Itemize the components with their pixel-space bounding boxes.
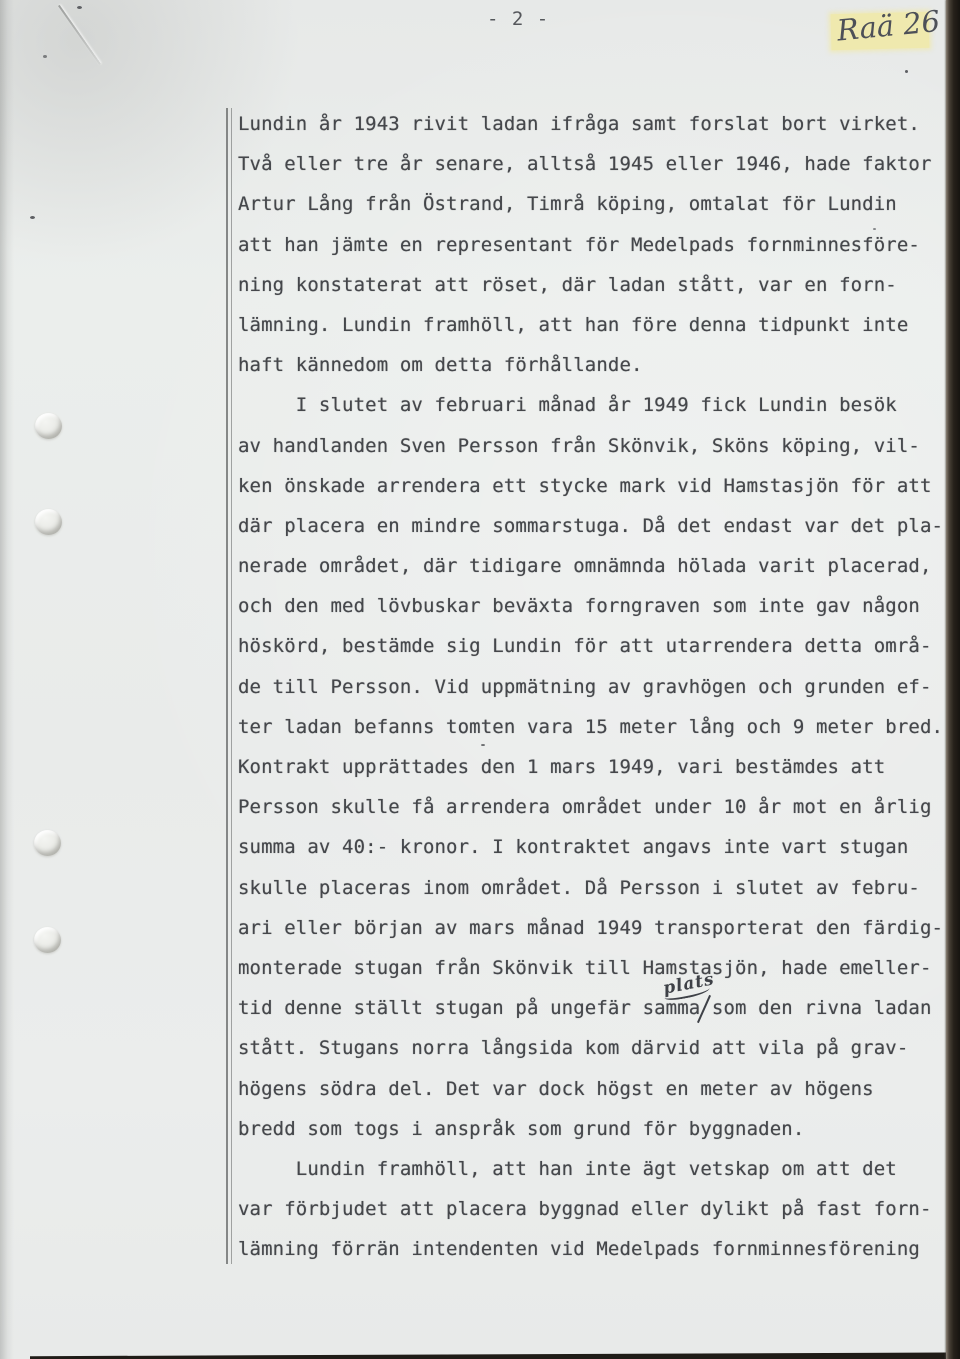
punch-hole [34,927,61,953]
text-line: ken önskade arrendera ett stycke mark vi… [238,466,950,506]
text-line: lämning. Lundin framhöll, att han före d… [238,305,950,345]
margin-rule [226,108,232,1264]
text-line: ter ladan befanns tomten vara 15 meter l… [238,707,950,747]
paper-speck [905,70,908,73]
typewritten-text: Lundin år 1943 rivit ladan ifråga samt f… [238,104,950,1269]
punch-hole [34,830,61,856]
text-line: Kontrakt upprättades den 1 mars 1949, va… [238,747,950,787]
text-line: Persson skulle få arrendera området unde… [238,787,950,827]
punch-hole [35,413,62,439]
text-line: nerade området, där tidigare omnämnda hö… [238,546,950,586]
text-line: där placera en mindre sommarstuga. Då de… [238,506,950,546]
text-line: och den med lövbuskar beväxta forngraven… [238,586,950,626]
text-line: Två eller tre år senare, alltså 1945 ell… [238,144,950,184]
scan-left-edge [0,0,14,1359]
highlight-mark: Raä 26 [831,12,930,51]
text-line: haft kännedom om detta förhållande. [238,345,950,385]
text-line: Artur Lång från Östrand, Timrå köping, o… [238,184,950,224]
text-line: av handlanden Sven Persson från Skönvik,… [238,426,950,466]
text-line: I slutet av februari månad år 1949 fick … [238,385,950,425]
text-line: monterade stugan från Skönvik till Hamst… [238,948,950,988]
punch-hole [35,509,62,535]
text-line: summa av 40:- kronor. I kontraktet angav… [238,827,950,867]
paper-speck [43,55,47,58]
text-line: högens södra del. Det var dock högst en … [238,1069,950,1109]
text-line: att han jämte en representant för Medelp… [238,225,950,265]
scanned-document-page: - 2 - Raä 26 Lundin år 1943 rivit ladan … [0,0,960,1359]
text-line: höskörd, bestämde sig Lundin för att uta… [238,626,950,666]
text-line: tid denne ställt stugan på ungefär samma… [238,988,950,1028]
paper-speck [30,216,35,219]
text-line: Lundin framhöll, att han inte ägt vetska… [238,1149,950,1189]
text-line: lämning förrän intendenten vid Medelpads… [238,1229,950,1269]
text-line: var förbjudet att placera byggnad eller … [238,1189,950,1229]
scan-right-edge [946,0,960,1359]
page-number: - 2 - [487,8,549,30]
handwritten-reference: Raä 26 [835,4,941,48]
paper-crease [58,5,101,65]
text-line: bredd som togs i anspråk som grund för b… [238,1109,950,1149]
text-line: skulle placeras inom området. Då Persson… [238,868,950,908]
scan-bottom-edge [30,1352,947,1359]
paper-speck [77,6,82,9]
text-line: ning konstaterat att röset, där ladan st… [238,265,950,305]
text-line: Lundin år 1943 rivit ladan ifråga samt f… [238,104,950,144]
text-line: ari eller början av mars månad 1949 tran… [238,908,950,948]
text-line: de till Persson. Vid uppmätning av gravh… [238,667,950,707]
text-line: stått. Stugans norra långsida kom därvid… [238,1028,950,1068]
